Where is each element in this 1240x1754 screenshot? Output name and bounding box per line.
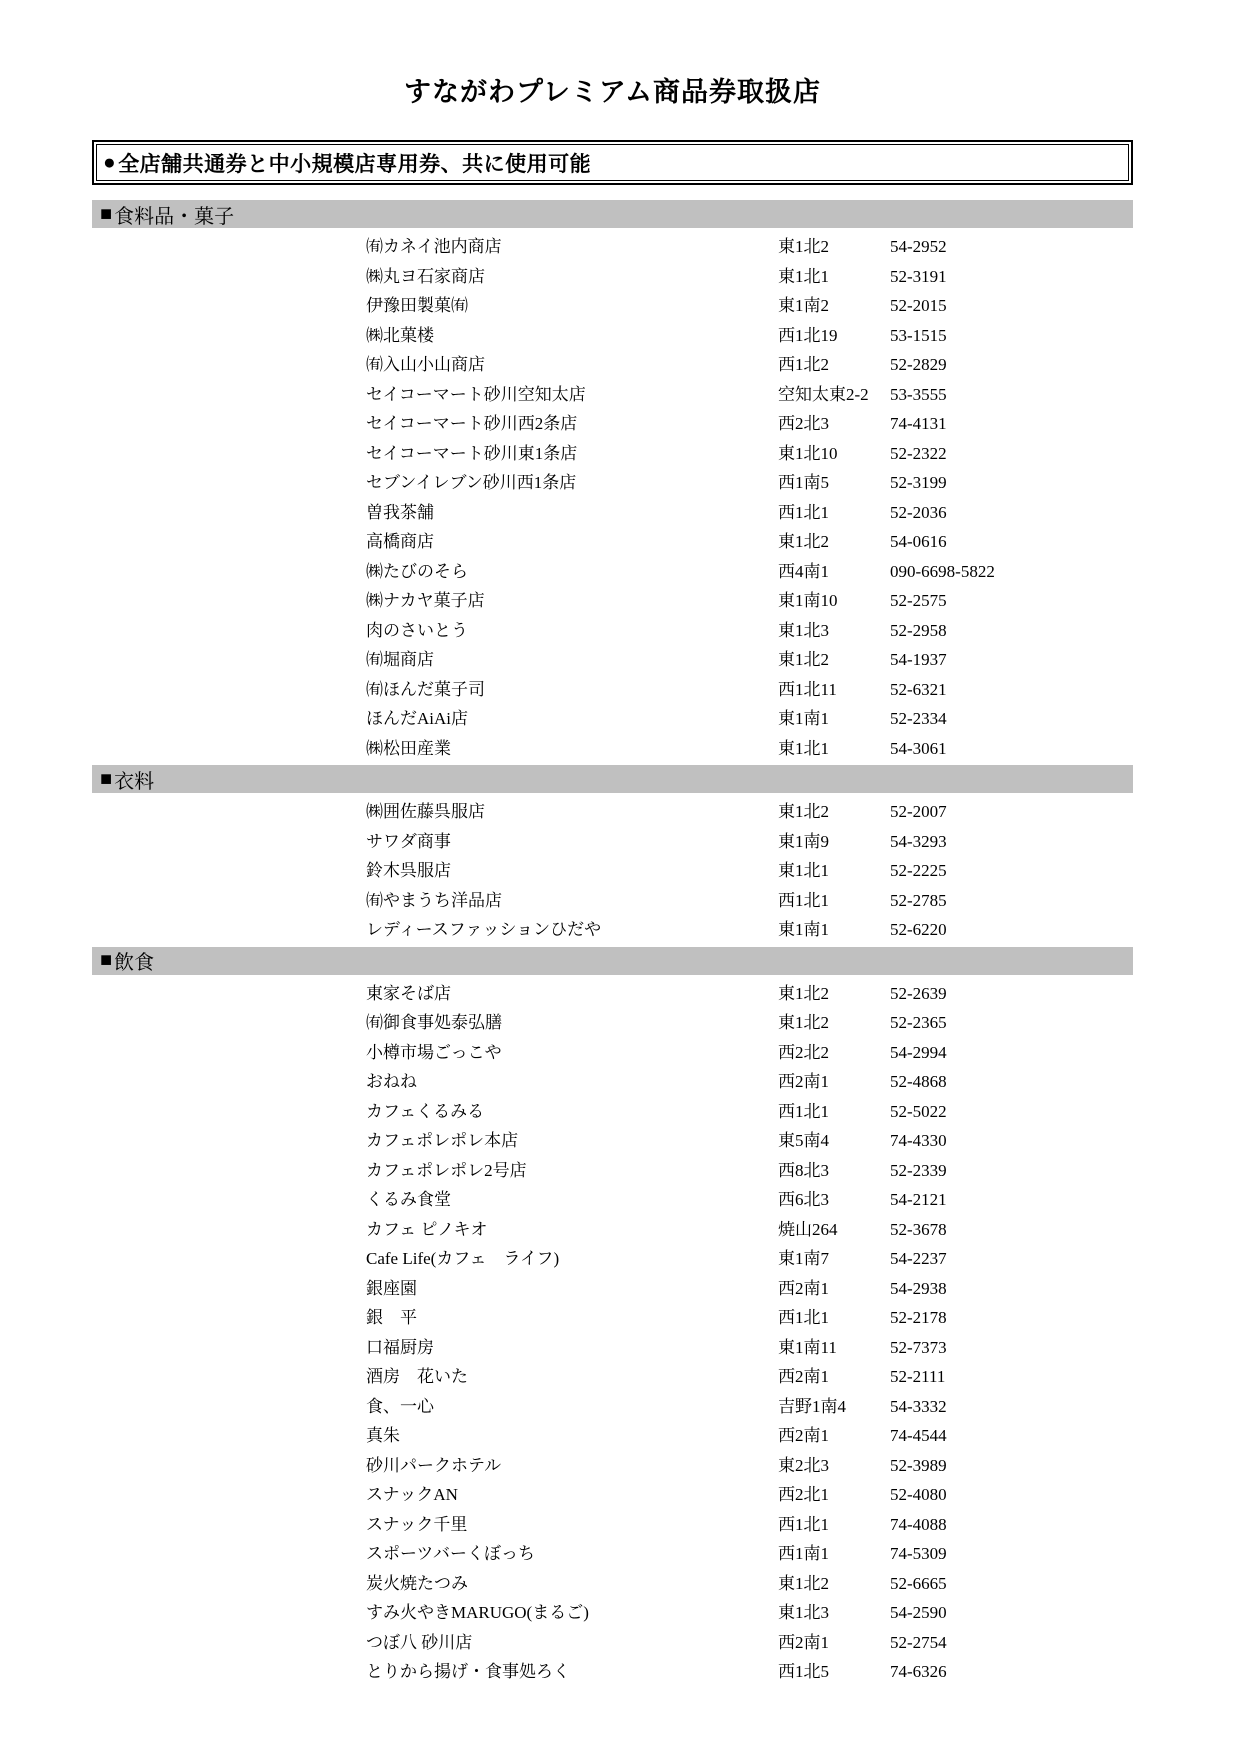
store-address: 西1北1	[778, 1510, 829, 1540]
store-row: ㈲堀商店東1北254-1937	[92, 645, 1133, 675]
store-phone: 74-4131	[890, 409, 947, 439]
store-row: サワダ商事東1南954-3293	[92, 827, 1133, 857]
store-row: セイコーマート砂川西2条店西2北374-4131	[92, 409, 1133, 439]
store-address: 東1南1	[778, 915, 829, 945]
store-name: 東家そば店	[366, 979, 451, 1009]
section-label: 食料品・菓子	[114, 200, 234, 229]
section-square-icon: ■	[100, 203, 112, 226]
store-name: ㈲ほんだ菓子司	[366, 675, 485, 705]
store-phone: 52-3199	[890, 468, 947, 498]
store-row: ㈲やまうち洋品店西1北152-2785	[92, 886, 1133, 916]
store-phone: 54-3293	[890, 827, 947, 857]
store-name: 砂川パークホテル	[366, 1451, 501, 1481]
store-row: セブンイレブン砂川西1条店西1南552-3199	[92, 468, 1133, 498]
store-address: 西2北1	[778, 1480, 829, 1510]
store-name: おねね	[366, 1067, 417, 1097]
store-name: スナックAN	[366, 1480, 458, 1510]
store-phone: 54-2237	[890, 1244, 947, 1274]
store-address: 西2南1	[778, 1362, 829, 1392]
store-address: 西2南1	[778, 1067, 829, 1097]
section-label: 衣料	[114, 765, 154, 794]
store-phone: 54-1937	[890, 645, 947, 675]
store-phone: 52-4080	[890, 1480, 947, 1510]
store-phone: 52-2785	[890, 886, 947, 916]
store-row: レディースファッションひだや東1南152-6220	[92, 915, 1133, 945]
store-phone: 52-2036	[890, 498, 947, 528]
store-address: 東1北2	[778, 1008, 829, 1038]
store-address: 西1北5	[778, 1657, 829, 1687]
store-row: カフェポレポレ2号店西8北352-2339	[92, 1156, 1133, 1186]
store-phone: 74-4544	[890, 1421, 947, 1451]
store-name: セブンイレブン砂川西1条店	[366, 468, 576, 498]
store-name: すみ火やきMARUGO(まるご)	[366, 1598, 589, 1628]
bullet-circle-icon: ●	[103, 151, 116, 175]
store-address: 西1北19	[778, 321, 838, 351]
store-phone: 52-2365	[890, 1008, 947, 1038]
store-phone: 52-2958	[890, 616, 947, 646]
store-name: Cafe Life(カフェ ライフ)	[366, 1244, 559, 1274]
store-phone: 74-4330	[890, 1126, 947, 1156]
store-row: ㈱囲佐藤呉服店東1北252-2007	[92, 797, 1133, 827]
store-row: Cafe Life(カフェ ライフ)東1南754-2237	[92, 1244, 1133, 1274]
section-rows: 東家そば店東1北252-2639㈲御食事処泰弘膳東1北252-2365小樽市場ご…	[92, 975, 1133, 1689]
store-row: 東家そば店東1北252-2639	[92, 979, 1133, 1009]
store-row: ㈲御食事処泰弘膳東1北252-2365	[92, 1008, 1133, 1038]
store-row: ほんだAiAi店東1南152-2334	[92, 704, 1133, 734]
store-name: ㈱松田産業	[366, 734, 451, 764]
store-address: 東2北3	[778, 1451, 829, 1481]
store-name: とりから揚げ・食事処ろく	[366, 1657, 570, 1687]
store-row: スナックAN西2北152-4080	[92, 1480, 1133, 1510]
store-name: ㈱囲佐藤呉服店	[366, 797, 485, 827]
store-row: とりから揚げ・食事処ろく西1北574-6326	[92, 1657, 1133, 1687]
store-address: 西8北3	[778, 1156, 829, 1186]
store-name: カフェくるみる	[366, 1097, 484, 1127]
store-sections: ■食料品・菓子㈲カネイ池内商店東1北254-2952㈱丸ヨ石家商店東1北152-…	[92, 200, 1133, 1689]
store-name: ㈲堀商店	[366, 645, 434, 675]
store-address: 東5南4	[778, 1126, 829, 1156]
store-row: スポーツバーくぼっち西1南174-5309	[92, 1539, 1133, 1569]
store-row: 小樽市場ごっこや西2北254-2994	[92, 1038, 1133, 1068]
store-name: レディースファッションひだや	[366, 915, 601, 945]
store-row: ㈱松田産業東1北154-3061	[92, 734, 1133, 764]
store-address: 東1北1	[778, 734, 829, 764]
section: ■衣料㈱囲佐藤呉服店東1北252-2007サワダ商事東1南954-3293鈴木呉…	[92, 765, 1133, 947]
store-row: スナック千里西1北174-4088	[92, 1510, 1133, 1540]
store-row: カフェ ピノキオ焼山26452-3678	[92, 1215, 1133, 1245]
store-row: 高橋商店東1北254-0616	[92, 527, 1133, 557]
store-name: 高橋商店	[366, 527, 434, 557]
store-address: 西2南1	[778, 1421, 829, 1451]
store-phone: 090-6698-5822	[890, 557, 995, 587]
store-phone: 52-6220	[890, 915, 947, 945]
section-square-icon: ■	[100, 768, 112, 791]
store-address: 東1北2	[778, 645, 829, 675]
section: ■食料品・菓子㈲カネイ池内商店東1北254-2952㈱丸ヨ石家商店東1北152-…	[92, 200, 1133, 765]
store-phone: 52-6321	[890, 675, 947, 705]
store-name: 酒房 花いた	[366, 1362, 468, 1392]
store-name: 食、一心	[366, 1392, 434, 1422]
store-address: 西2北3	[778, 409, 829, 439]
store-name: 曽我茶舗	[366, 498, 434, 528]
notice-box: ●全店舗共通券と中小規模店専用券、共に使用可能	[92, 140, 1133, 185]
store-phone: 52-3989	[890, 1451, 947, 1481]
store-row: 砂川パークホテル東2北352-3989	[92, 1451, 1133, 1481]
store-row: 酒房 花いた西2南152-2111	[92, 1362, 1133, 1392]
store-name: 伊豫田製菓㈲	[366, 291, 468, 321]
store-address: 西1北11	[778, 675, 837, 705]
store-row: 伊豫田製菓㈲東1南252-2015	[92, 291, 1133, 321]
store-phone: 52-2178	[890, 1303, 947, 1333]
section-rows: ㈱囲佐藤呉服店東1北252-2007サワダ商事東1南954-3293鈴木呉服店東…	[92, 793, 1133, 947]
store-address: 東1北10	[778, 439, 838, 469]
store-address: 東1北3	[778, 1598, 829, 1628]
store-name: セイコーマート砂川東1条店	[366, 439, 577, 469]
store-phone: 52-2339	[890, 1156, 947, 1186]
store-phone: 52-2639	[890, 979, 947, 1009]
store-phone: 54-2994	[890, 1038, 947, 1068]
store-row: セイコーマート砂川東1条店東1北1052-2322	[92, 439, 1133, 469]
store-address: 東1北2	[778, 527, 829, 557]
store-address: 焼山264	[778, 1215, 838, 1245]
store-phone: 52-2829	[890, 350, 947, 380]
store-phone: 53-1515	[890, 321, 947, 351]
store-address: 西1北1	[778, 886, 829, 916]
store-name: スナック千里	[366, 1510, 467, 1540]
store-name: 肉のさいとう	[366, 616, 468, 646]
store-phone: 53-3555	[890, 380, 947, 410]
section-label: 飲食	[114, 946, 154, 975]
store-name: ㈱北菓楼	[366, 321, 434, 351]
store-row: カフェポレポレ本店東5南474-4330	[92, 1126, 1133, 1156]
store-name: セイコーマート砂川西2条店	[366, 409, 577, 439]
store-name: ほんだAiAi店	[366, 704, 468, 734]
store-row: ㈱丸ヨ石家商店東1北152-3191	[92, 262, 1133, 292]
store-row: ㈲ほんだ菓子司西1北1152-6321	[92, 675, 1133, 705]
store-name: ㈲御食事処泰弘膳	[366, 1008, 502, 1038]
store-address: 東1北2	[778, 232, 829, 262]
store-name: ㈱たびのそら	[366, 557, 468, 587]
store-phone: 52-2575	[890, 586, 947, 616]
store-phone: 54-2938	[890, 1274, 947, 1304]
store-row: くるみ食堂西6北354-2121	[92, 1185, 1133, 1215]
store-row: つぼ八 砂川店西2南152-2754	[92, 1628, 1133, 1658]
store-row: 口福厨房東1南1152-7373	[92, 1333, 1133, 1363]
store-address: 東1北1	[778, 856, 829, 886]
store-row: 銀座園西2南154-2938	[92, 1274, 1133, 1304]
store-address: 東1北1	[778, 262, 829, 292]
store-phone: 54-3061	[890, 734, 947, 764]
page-title: すながわプレミアム商品券取扱店	[92, 70, 1133, 109]
store-row: 真朱西2南174-4544	[92, 1421, 1133, 1451]
store-address: 西1南5	[778, 468, 829, 498]
store-phone: 54-2952	[890, 232, 947, 262]
store-address: 東1北2	[778, 1569, 829, 1599]
store-name: 鈴木呉服店	[366, 856, 451, 886]
store-name: ㈱ナカヤ菓子店	[366, 586, 485, 616]
store-address: 西2南1	[778, 1274, 829, 1304]
store-row: ㈱ナカヤ菓子店東1南1052-2575	[92, 586, 1133, 616]
store-phone: 52-7373	[890, 1333, 947, 1363]
store-row: ㈲入山小山商店西1北252-2829	[92, 350, 1133, 380]
store-address: 吉野1南4	[778, 1392, 846, 1422]
store-address: 東1北3	[778, 616, 829, 646]
store-address: 東1南1	[778, 704, 829, 734]
store-name: サワダ商事	[366, 827, 451, 857]
store-address: 西1北1	[778, 1303, 829, 1333]
store-address: 西2南1	[778, 1628, 829, 1658]
notice-inner: ●全店舗共通券と中小規模店専用券、共に使用可能	[96, 144, 1129, 181]
store-phone: 52-2007	[890, 797, 947, 827]
store-address: 西6北3	[778, 1185, 829, 1215]
store-row: ㈲カネイ池内商店東1北254-2952	[92, 232, 1133, 262]
notice-text: 全店舗共通券と中小規模店専用券、共に使用可能	[118, 148, 591, 178]
store-row: 肉のさいとう東1北352-2958	[92, 616, 1133, 646]
store-address: 西2北2	[778, 1038, 829, 1068]
document-page: すながわプレミアム商品券取扱店 ●全店舗共通券と中小規模店専用券、共に使用可能 …	[0, 0, 1240, 1754]
store-row: 曽我茶舗西1北152-2036	[92, 498, 1133, 528]
store-phone: 52-3678	[890, 1215, 947, 1245]
store-phone: 52-3191	[890, 262, 947, 292]
store-address: 西1北2	[778, 350, 829, 380]
section-square-icon: ■	[100, 949, 112, 972]
store-phone: 52-2322	[890, 439, 947, 469]
store-phone: 52-2111	[890, 1362, 945, 1392]
store-address: 東1南10	[778, 586, 838, 616]
store-phone: 74-4088	[890, 1510, 947, 1540]
store-name: カフェポレポレ2号店	[366, 1156, 527, 1186]
store-address: 西4南1	[778, 557, 829, 587]
store-phone: 52-6665	[890, 1569, 947, 1599]
section-header: ■衣料	[92, 765, 1133, 793]
store-address: 東1南7	[778, 1244, 829, 1274]
store-row: 鈴木呉服店東1北152-2225	[92, 856, 1133, 886]
store-address: 西1南1	[778, 1539, 829, 1569]
section-header: ■食料品・菓子	[92, 200, 1133, 228]
store-phone: 54-0616	[890, 527, 947, 557]
store-address: 西1北1	[778, 1097, 829, 1127]
store-row: すみ火やきMARUGO(まるご)東1北354-2590	[92, 1598, 1133, 1628]
store-phone: 54-2121	[890, 1185, 947, 1215]
store-phone: 52-2015	[890, 291, 947, 321]
store-phone: 54-3332	[890, 1392, 947, 1422]
store-phone: 74-6326	[890, 1657, 947, 1687]
store-row: カフェくるみる西1北152-5022	[92, 1097, 1133, 1127]
store-name: つぼ八 砂川店	[366, 1628, 472, 1658]
store-name: ㈲カネイ池内商店	[366, 232, 502, 262]
store-row: 銀 平西1北152-2178	[92, 1303, 1133, 1333]
store-name: ㈱丸ヨ石家商店	[366, 262, 485, 292]
store-row: セイコーマート砂川空知太店空知太東2-253-3555	[92, 380, 1133, 410]
store-row: 食、一心吉野1南454-3332	[92, 1392, 1133, 1422]
store-address: 西1北1	[778, 498, 829, 528]
store-phone: 52-5022	[890, 1097, 947, 1127]
store-phone: 52-2754	[890, 1628, 947, 1658]
store-address: 東1南11	[778, 1333, 837, 1363]
store-name: 真朱	[366, 1421, 400, 1451]
store-phone: 52-2334	[890, 704, 947, 734]
store-row: 炭火焼たつみ東1北252-6665	[92, 1569, 1133, 1599]
store-row: ㈱北菓楼西1北1953-1515	[92, 321, 1133, 351]
store-name: スポーツバーくぼっち	[366, 1539, 535, 1569]
store-name: 銀 平	[366, 1303, 417, 1333]
store-address: 東1北2	[778, 797, 829, 827]
store-name: 小樽市場ごっこや	[366, 1038, 502, 1068]
section: ■飲食東家そば店東1北252-2639㈲御食事処泰弘膳東1北252-2365小樽…	[92, 947, 1133, 1689]
store-address: 東1南2	[778, 291, 829, 321]
store-name: 銀座園	[366, 1274, 417, 1304]
store-phone: 52-2225	[890, 856, 947, 886]
store-phone: 52-4868	[890, 1067, 947, 1097]
store-name: カフェポレポレ本店	[366, 1126, 518, 1156]
section-header: ■飲食	[92, 947, 1133, 975]
store-address: 東1北2	[778, 979, 829, 1009]
store-phone: 54-2590	[890, 1598, 947, 1628]
section-rows: ㈲カネイ池内商店東1北254-2952㈱丸ヨ石家商店東1北152-3191伊豫田…	[92, 228, 1133, 765]
store-name: ㈲入山小山商店	[366, 350, 485, 380]
store-address: 空知太東2-2	[778, 380, 869, 410]
store-name: くるみ食堂	[366, 1185, 451, 1215]
store-name: セイコーマート砂川空知太店	[366, 380, 586, 410]
store-name: カフェ ピノキオ	[366, 1215, 488, 1245]
store-address: 東1南9	[778, 827, 829, 857]
store-row: ㈱たびのそら西4南1090-6698-5822	[92, 557, 1133, 587]
store-name: ㈲やまうち洋品店	[366, 886, 502, 916]
store-row: おねね西2南152-4868	[92, 1067, 1133, 1097]
store-name: 口福厨房	[366, 1333, 434, 1363]
store-name: 炭火焼たつみ	[366, 1569, 468, 1599]
store-phone: 74-5309	[890, 1539, 947, 1569]
